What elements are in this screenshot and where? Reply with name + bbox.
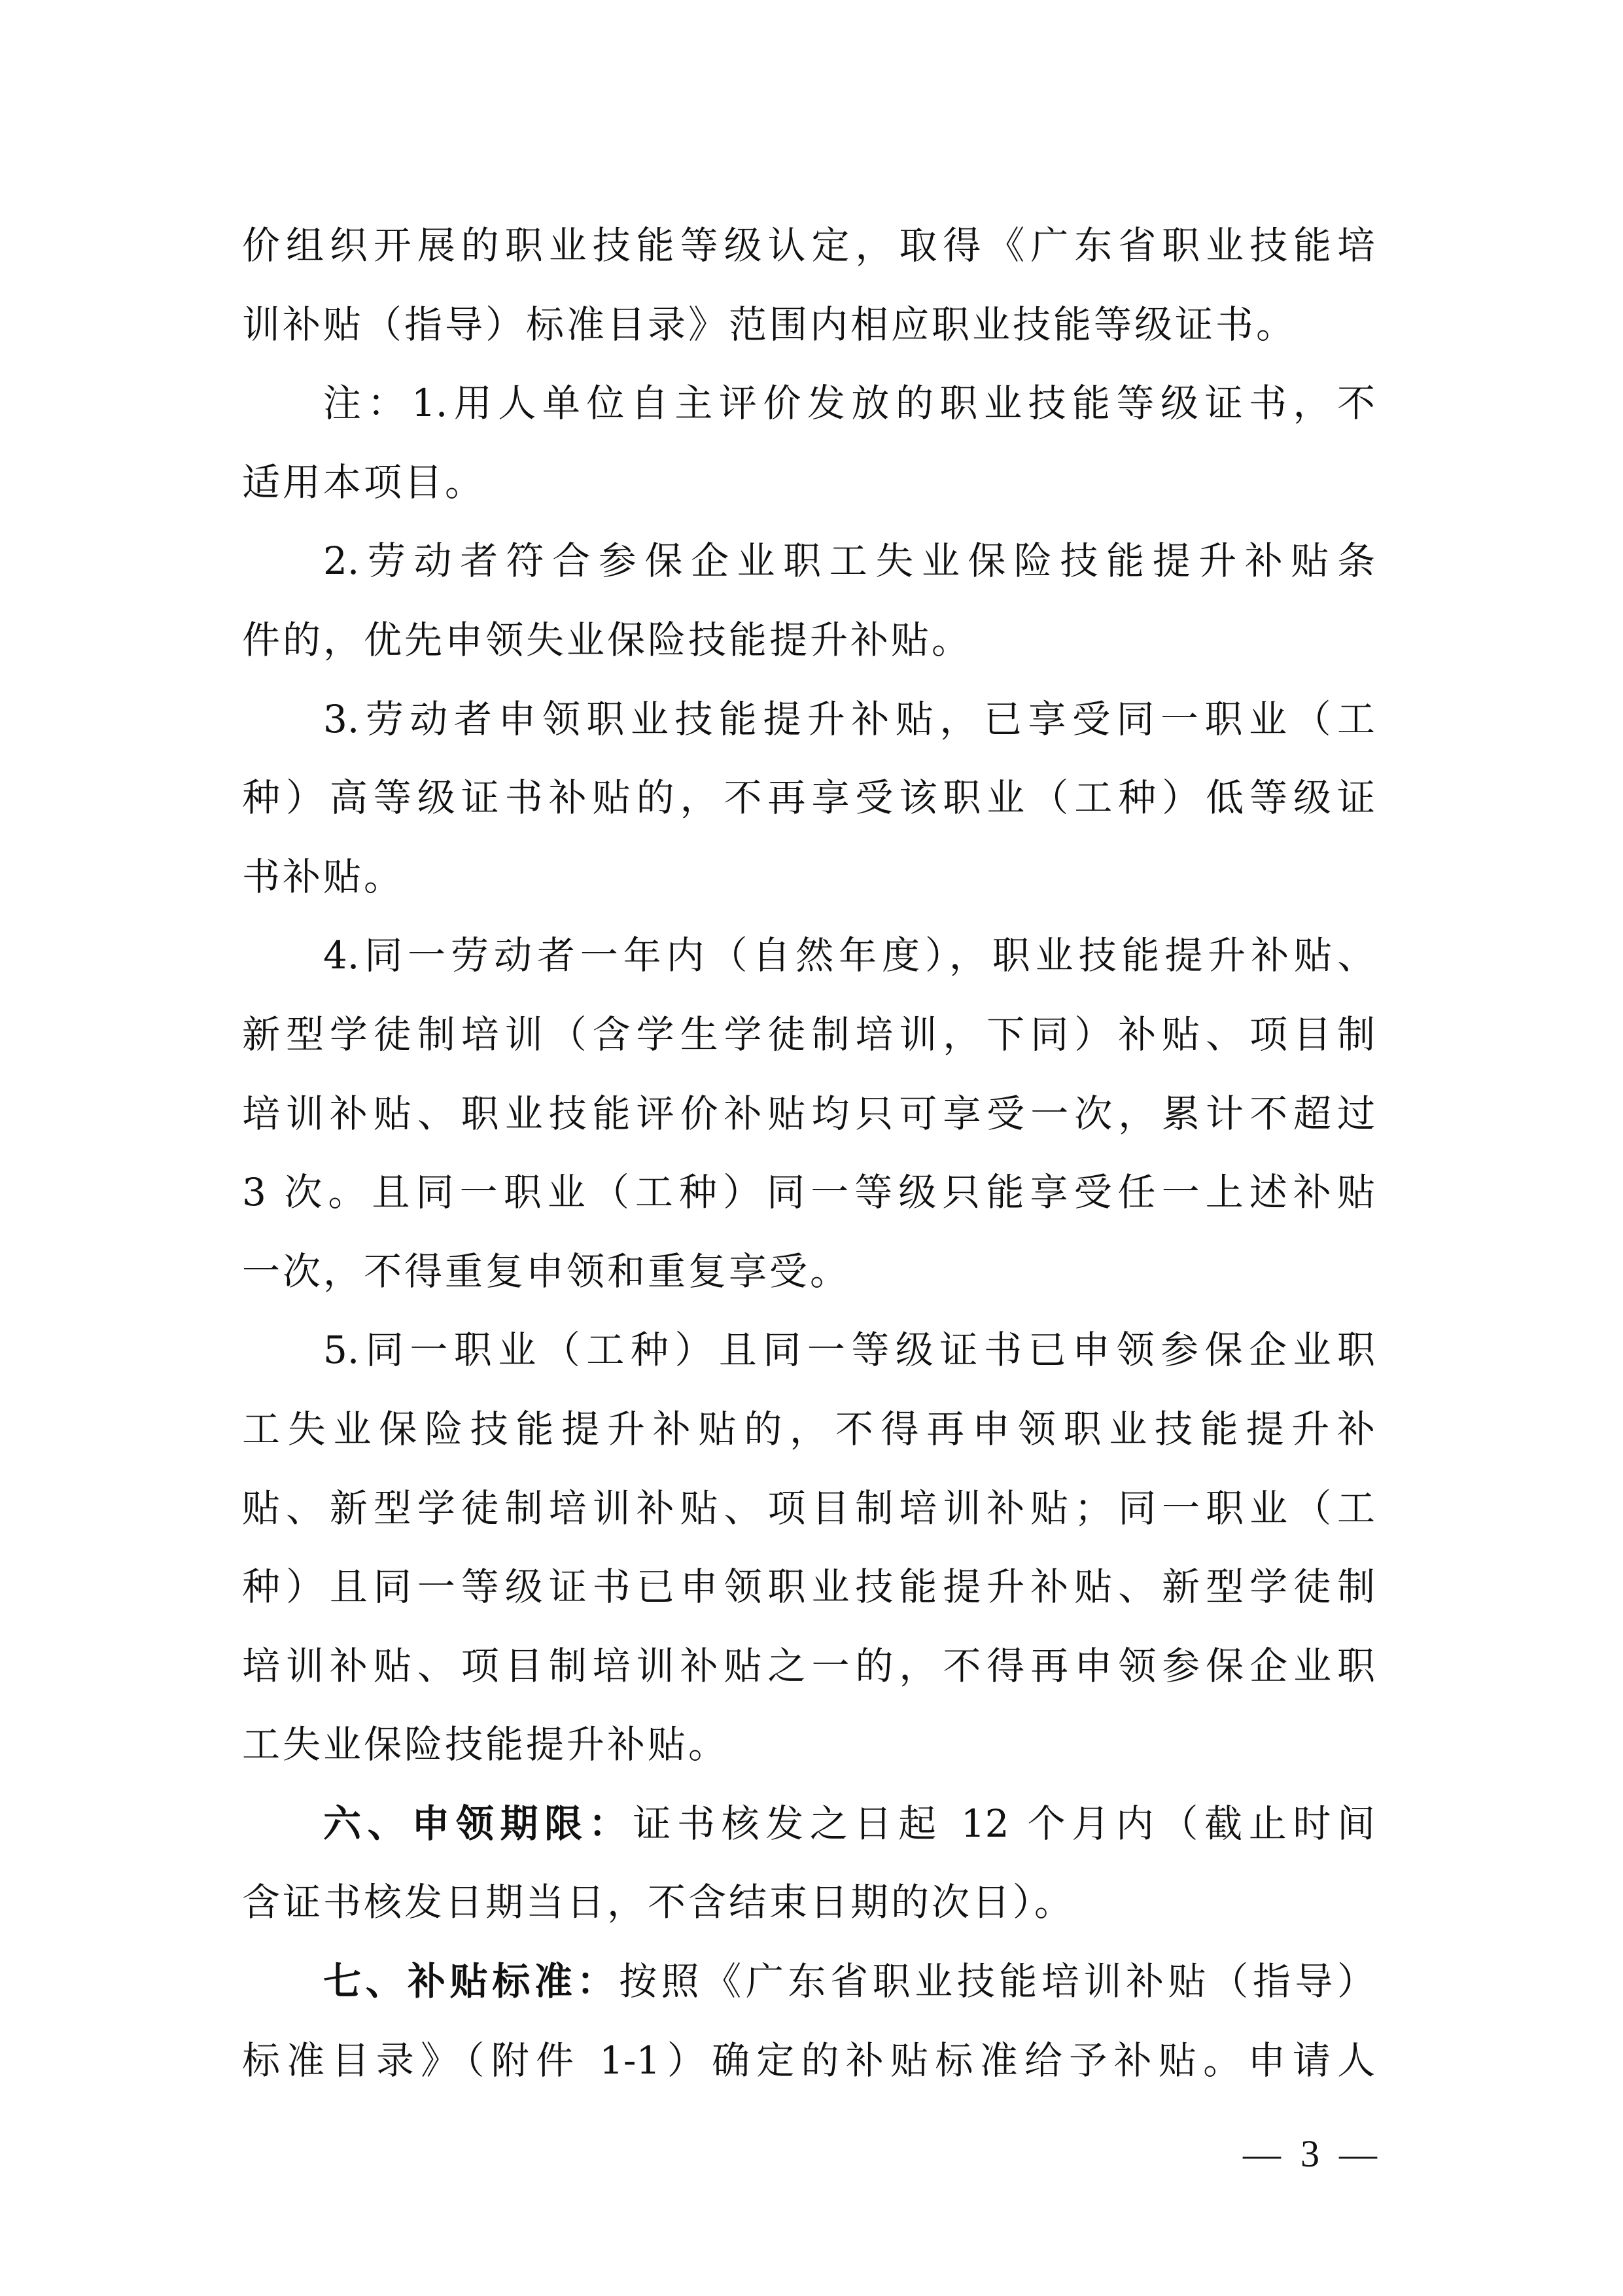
- text-line: 贴、新型学徒制培训补贴、项目制培训补贴；同一职业（工: [242, 1480, 1375, 1559]
- section-6-text: 证书核发之日起 12 个月内（截止时间: [633, 1801, 1375, 1846]
- page-number: — 3 —: [1243, 2134, 1377, 2174]
- text-line: 书补贴。: [242, 849, 1375, 928]
- text-line: 工失业保险技能提升补贴。: [242, 1716, 1375, 1795]
- text-line: 件的，优先申领失业保险技能提升补贴。: [242, 612, 1375, 691]
- text-line: 种）高等级证书补贴的，不再享受该职业（工种）低等级证: [242, 769, 1375, 849]
- note-5-line: 5.同一职业（工种）且同一等级证书已申领参保企业职: [242, 1322, 1375, 1401]
- text-line: 培训补贴、项目制培训补贴之一的，不得再申领参保企业职: [242, 1638, 1375, 1717]
- text-line: 种）且同一等级证书已申领职业技能提升补贴、新型学徒制: [242, 1559, 1375, 1638]
- note-2-line: 2.劳动者符合参保企业职工失业保险技能提升补贴条: [242, 533, 1375, 612]
- text-line: 价组织开展的职业技能等级认定，取得《广东省职业技能培: [242, 217, 1375, 296]
- text-line: 培训补贴、职业技能评价补贴均只可享受一次，累计不超过: [242, 1086, 1375, 1165]
- text-line: 训补贴（指导）标准目录》范围内相应职业技能等级证书。: [242, 296, 1375, 376]
- text-line: 一次，不得重复申领和重复享受。: [242, 1243, 1375, 1322]
- text-line: 适用本项目。: [242, 454, 1375, 533]
- document-page: 价组织开展的职业技能等级认定，取得《广东省职业技能培 训补贴（指导）标准目录》范…: [0, 0, 1623, 2296]
- note-4-line: 4.同一劳动者一年内（自然年度），职业技能提升补贴、: [242, 927, 1375, 1006]
- section-7-heading: 七、补贴标准：: [323, 1959, 619, 2004]
- section-6-heading: 六、申领期限：: [323, 1801, 633, 1846]
- text-line: 标准目录》（附件 1-1）确定的补贴标准给予补贴。申请人: [242, 2032, 1375, 2111]
- section-7-text: 按照《广东省职业技能培训补贴（指导）: [619, 1959, 1375, 2004]
- note-1-line: 注：1.用人单位自主评价发放的职业技能等级证书，不: [242, 375, 1375, 454]
- text-line: 工失业保险技能提升补贴的，不得再申领职业技能提升补: [242, 1401, 1375, 1480]
- text-line: 含证书核发日期当日，不含结束日期的次日）。: [242, 1874, 1375, 1953]
- section-6-line: 六、申领期限：证书核发之日起 12 个月内（截止时间: [242, 1795, 1375, 1875]
- note-3-line: 3.劳动者申领职业技能提升补贴，已享受同一职业（工: [242, 691, 1375, 770]
- document-body: 价组织开展的职业技能等级认定，取得《广东省职业技能培 训补贴（指导）标准目录》范…: [242, 217, 1375, 2111]
- text-line: 新型学徒制培训（含学生学徒制培训，下同）补贴、项目制: [242, 1006, 1375, 1086]
- section-7-line: 七、补贴标准：按照《广东省职业技能培训补贴（指导）: [242, 1953, 1375, 2032]
- text-line: 3 次。且同一职业（工种）同一等级只能享受任一上述补贴: [242, 1164, 1375, 1243]
